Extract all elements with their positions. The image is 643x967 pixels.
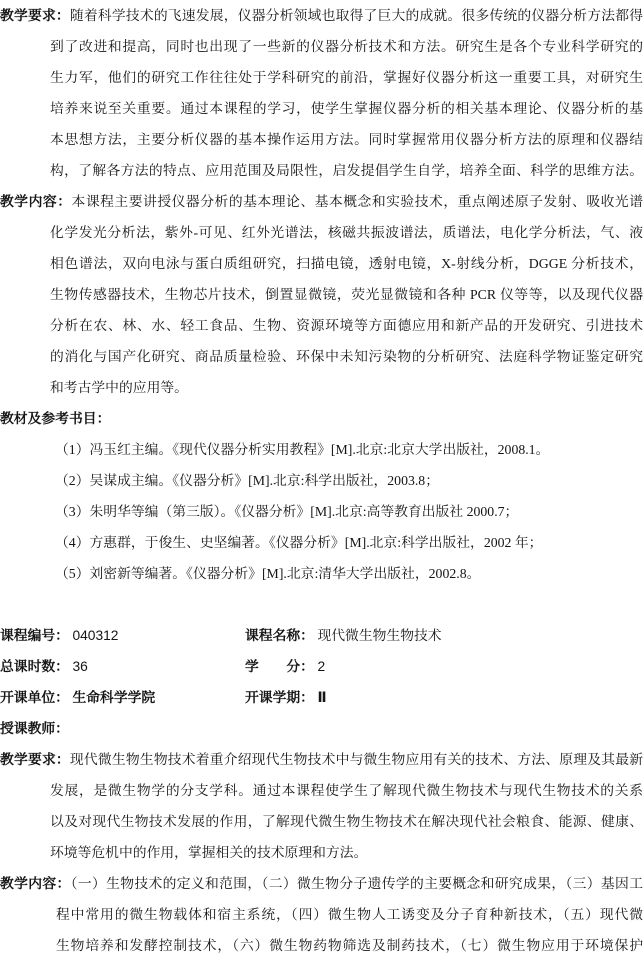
field-value: Ⅱ — [317, 690, 326, 705]
course-fields-row-2: 总课时数： 36学 分： 2 — [0, 651, 643, 682]
text-line: 教学要求：现代微生物生物技术着重介绍现代生物技术中与微生物应用有关的技术、方法、… — [0, 744, 643, 775]
text-line: 环境等危机中的作用，掌握相关的技术原理和方法。 — [0, 837, 643, 868]
field-label: 开课单位： — [0, 690, 69, 705]
text-line: 教学内容：（一）生物技术的定义和范围，（二）微生物分子遗传学的主要概念和研究成果… — [0, 868, 643, 899]
field-value: 2 — [317, 659, 325, 674]
reference-item: （5）刘密新等编著。《仪器分析》[M].北京:清华大学出版社，2002.8。 — [0, 558, 643, 589]
reference-list: （1）冯玉红主编。《现代仪器分析实用教程》[M].北京:北京大学出版社，2008… — [0, 434, 643, 589]
field: 课程编号： 040312 — [0, 620, 245, 651]
text-line: 分析在农、林、水、轻工食品、生物、资源环境等方面德应用和新产品的开发研究、引进技… — [0, 310, 643, 341]
course-fields-row-4: 授课教师： — [0, 713, 643, 744]
paragraph-text: （一）生物技术的定义和范围，（二）微生物分子遗传学的主要概念和研究成果，（三）基… — [71, 876, 643, 891]
field-label: 总课时数： — [0, 659, 69, 674]
text-line: 培养来说至关重要。通过本课程的学习，使学生掌握仪器分析的相关基本理论、仪器分析的… — [0, 93, 643, 124]
paragraph-label: 教学内容： — [0, 194, 72, 209]
text-line: 以及对现代生物技术发展的作用，了解现代微生物生物技术在解决现代社会粮食、能源、健… — [0, 806, 643, 837]
field-value: 现代微生物生物技术 — [317, 628, 441, 643]
paragraph-label: 教学要求： — [0, 8, 70, 23]
reference-item: （3）朱明华等编（第三版）。《仪器分析》[M].北京:高等教育出版社 2000.… — [0, 496, 643, 527]
field-label: 授课教师： — [0, 721, 69, 736]
text-line: 程中常用的微生物载体和宿主系统，（四）微生物人工诱变及分子育种新技术，（五）现代… — [0, 899, 643, 930]
field-label: 课程名称： — [245, 628, 314, 643]
text-line: 本思想方法，主要分析仪器的基本操作运用方法。同时掌握常用仪器分析方法的原理和仪器… — [0, 124, 643, 155]
text-line: 构，了解各方法的特点、应用范围及局限性，启发提倡学生自学，培养全面、科学的思维方… — [0, 155, 643, 186]
text-line: 相色谱法，双向电泳与蛋白质组研究，扫描电镜，透射电镜，X-射线分析，DGGE 分… — [0, 248, 643, 279]
textbook-references-heading: 教材及参考书目： — [0, 403, 643, 434]
paragraph-text: 本课程主要讲授仪器分析的基本理论、基本概念和实验技术，重点阐述原子发射、吸收光谱… — [0, 194, 643, 217]
paragraph-text: 现代微生物生物技术着重介绍现代生物技术中与微生物应用有关的技术、方法、原理及其最… — [70, 752, 643, 767]
course-fields-row-1: 课程编号： 040312课程名称： 现代微生物生物技术 — [0, 620, 643, 651]
text-line: 教学内容：本课程主要讲授仪器分析的基本理论、基本概念和实验技术，重点阐述原子发射… — [0, 186, 643, 217]
teaching-requirements-course1: 教学要求：随着科学技术的飞速发展，仪器分析领域也取得了巨大的成就。很多传统的仪器… — [0, 0, 643, 186]
field-label: 开课学期： — [245, 690, 314, 705]
course-fields-row-3: 开课单位： 生命科学学院开课学期： Ⅱ — [0, 682, 643, 713]
paragraph-text: 随着科学技术的飞速发展，仪器分析领域也取得了巨大的成就。很多传统的仪器分析方法都… — [70, 8, 643, 23]
text-line: 生物传感器技术，生物芯片技术，倒置显微镜，荧光显微镜和各种 PCR 仪等等，以及… — [0, 279, 643, 310]
field-value: 040312 — [72, 628, 118, 643]
document-page: 教学要求：随着科学技术的飞速发展，仪器分析领域也取得了巨大的成就。很多传统的仪器… — [0, 0, 643, 967]
text-line: 教学要求：随着科学技术的飞速发展，仪器分析领域也取得了巨大的成就。很多传统的仪器… — [0, 0, 643, 31]
field: 课程名称： 现代微生物生物技术 — [245, 620, 643, 651]
text-line: 发展，是微生物学的分支学科。通过本课程使学生了解现代微生物技术与现代生物技术的关… — [0, 775, 643, 806]
text-line: 到了改进和提高，同时也出现了一些新的仪器分析技术和方法。研究生是各个专业科学研究… — [0, 31, 643, 62]
teaching-content-course1: 教学内容：本课程主要讲授仪器分析的基本理论、基本概念和实验技术，重点阐述原子发射… — [0, 186, 643, 403]
field: 授课教师： — [0, 713, 245, 744]
text-line: 和考古学中的应用等。 — [0, 372, 643, 403]
field: 开课单位： 生命科学学院 — [0, 682, 245, 713]
field: 开课学期： Ⅱ — [245, 682, 643, 713]
text-line: 生力军，他们的研究工作往往处于学科研究的前沿，掌握好仪器分析这一重要工具，对研究… — [0, 62, 643, 93]
teaching-content-course2: 教学内容：（一）生物技术的定义和范围，（二）微生物分子遗传学的主要概念和研究成果… — [0, 868, 643, 961]
blank-line — [0, 589, 643, 620]
text-line: 的消化与国产化研究、商品质量检验、环保中未知污染物的分析研究、法庭科学物证鉴定研… — [0, 341, 643, 372]
field: 总课时数： 36 — [0, 651, 245, 682]
field-label: 学 分： — [245, 659, 314, 674]
reference-item: （1）冯玉红主编。《现代仪器分析实用教程》[M].北京:北京大学出版社，2008… — [0, 434, 643, 465]
field-value: 生命科学学院 — [72, 690, 155, 705]
field: 学 分： 2 — [245, 651, 643, 682]
reference-item: （4）方惠群，于俊生、史坚编著。《仪器分析》[M].北京:科学出版社，2002 … — [0, 527, 643, 558]
field-label: 课程编号： — [0, 628, 69, 643]
text-line: 化学发光分析法，紫外-可见、红外光谱法，核磁共振波谱法，质谱法，电化学分析法，气… — [0, 217, 643, 248]
paragraph-label: 教学内容： — [0, 876, 71, 891]
field-value: 36 — [72, 659, 87, 674]
teaching-requirements-course2: 教学要求：现代微生物生物技术着重介绍现代生物技术中与微生物应用有关的技术、方法、… — [0, 744, 643, 868]
paragraph-label: 教学要求： — [0, 752, 70, 767]
text-line: 生物培养和发酵控制技术，（六）微生物药物筛选及制药技术，（七）微生物应用于环境保… — [0, 930, 643, 961]
reference-item: （2）吴谋成主编。《仪器分析》[M].北京:科学出版社，2003.8； — [0, 465, 643, 496]
